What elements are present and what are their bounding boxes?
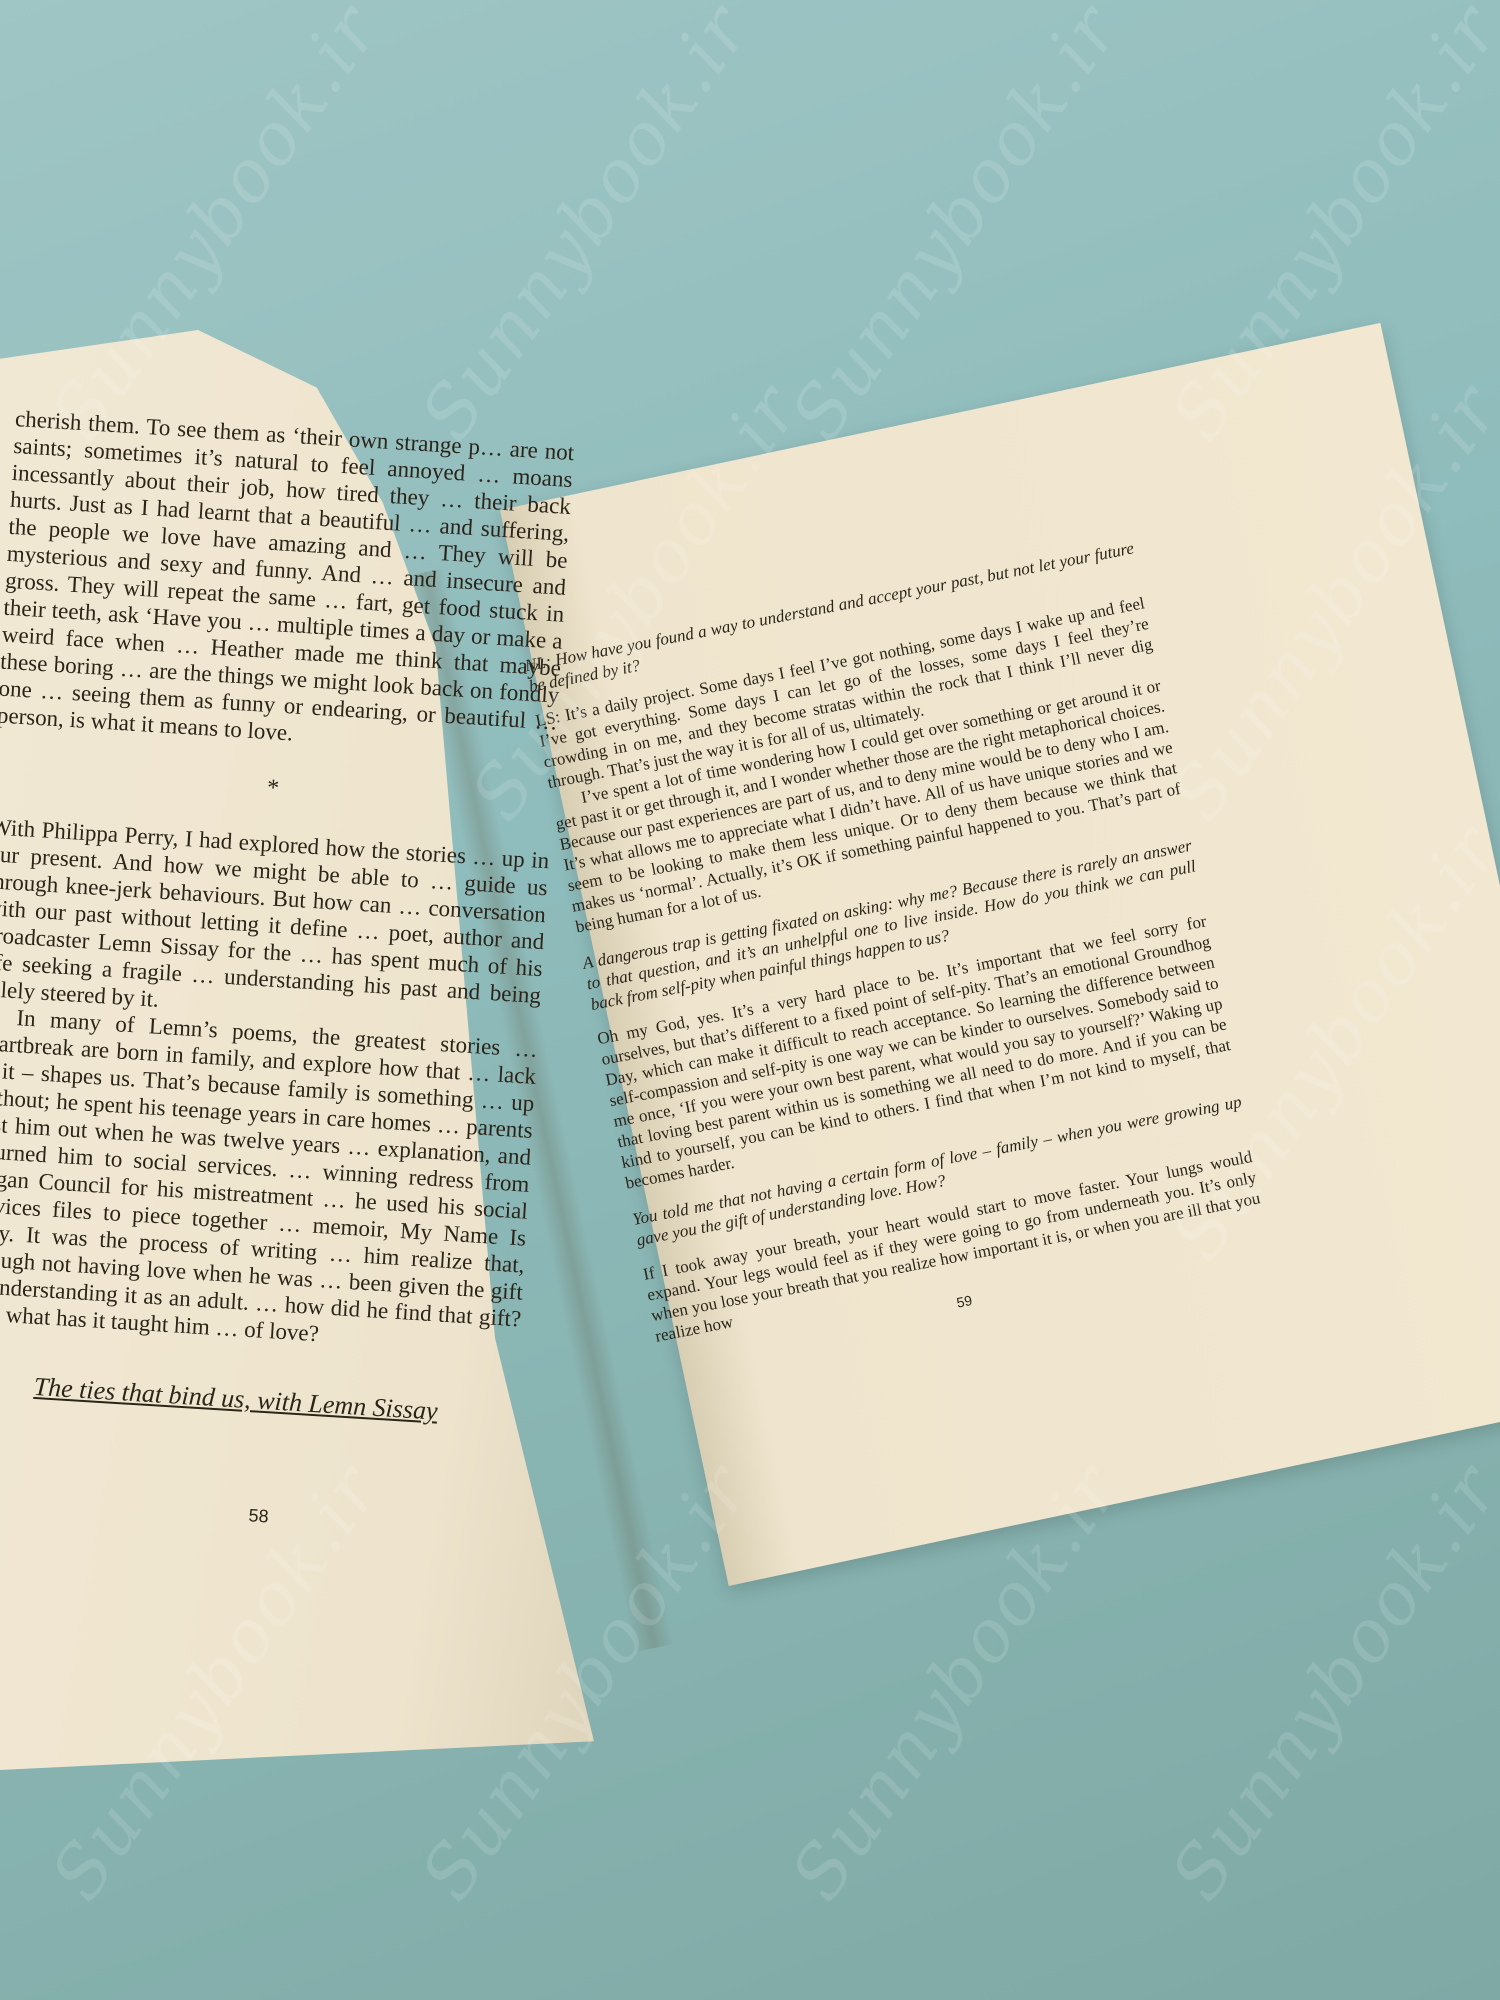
paragraph: In many of Lemn’s poems, the greatest st… bbox=[0, 1002, 538, 1360]
watermark: Sunnybook.ir bbox=[404, 0, 765, 455]
paragraph: With Philippa Perry, I had explored how … bbox=[0, 813, 550, 1036]
paragraph: cherish them. To see them as ‘their own … bbox=[0, 405, 575, 763]
watermark: Sunnybook.ir bbox=[1154, 1449, 1500, 1915]
section-separator: * bbox=[0, 758, 553, 819]
left-page-text: cherish them. To see them as ‘their own … bbox=[0, 405, 575, 1542]
page-number: 58 bbox=[228, 1504, 289, 1529]
section-title: The ties that bind us, with Lemn Sissay bbox=[0, 1367, 516, 1431]
